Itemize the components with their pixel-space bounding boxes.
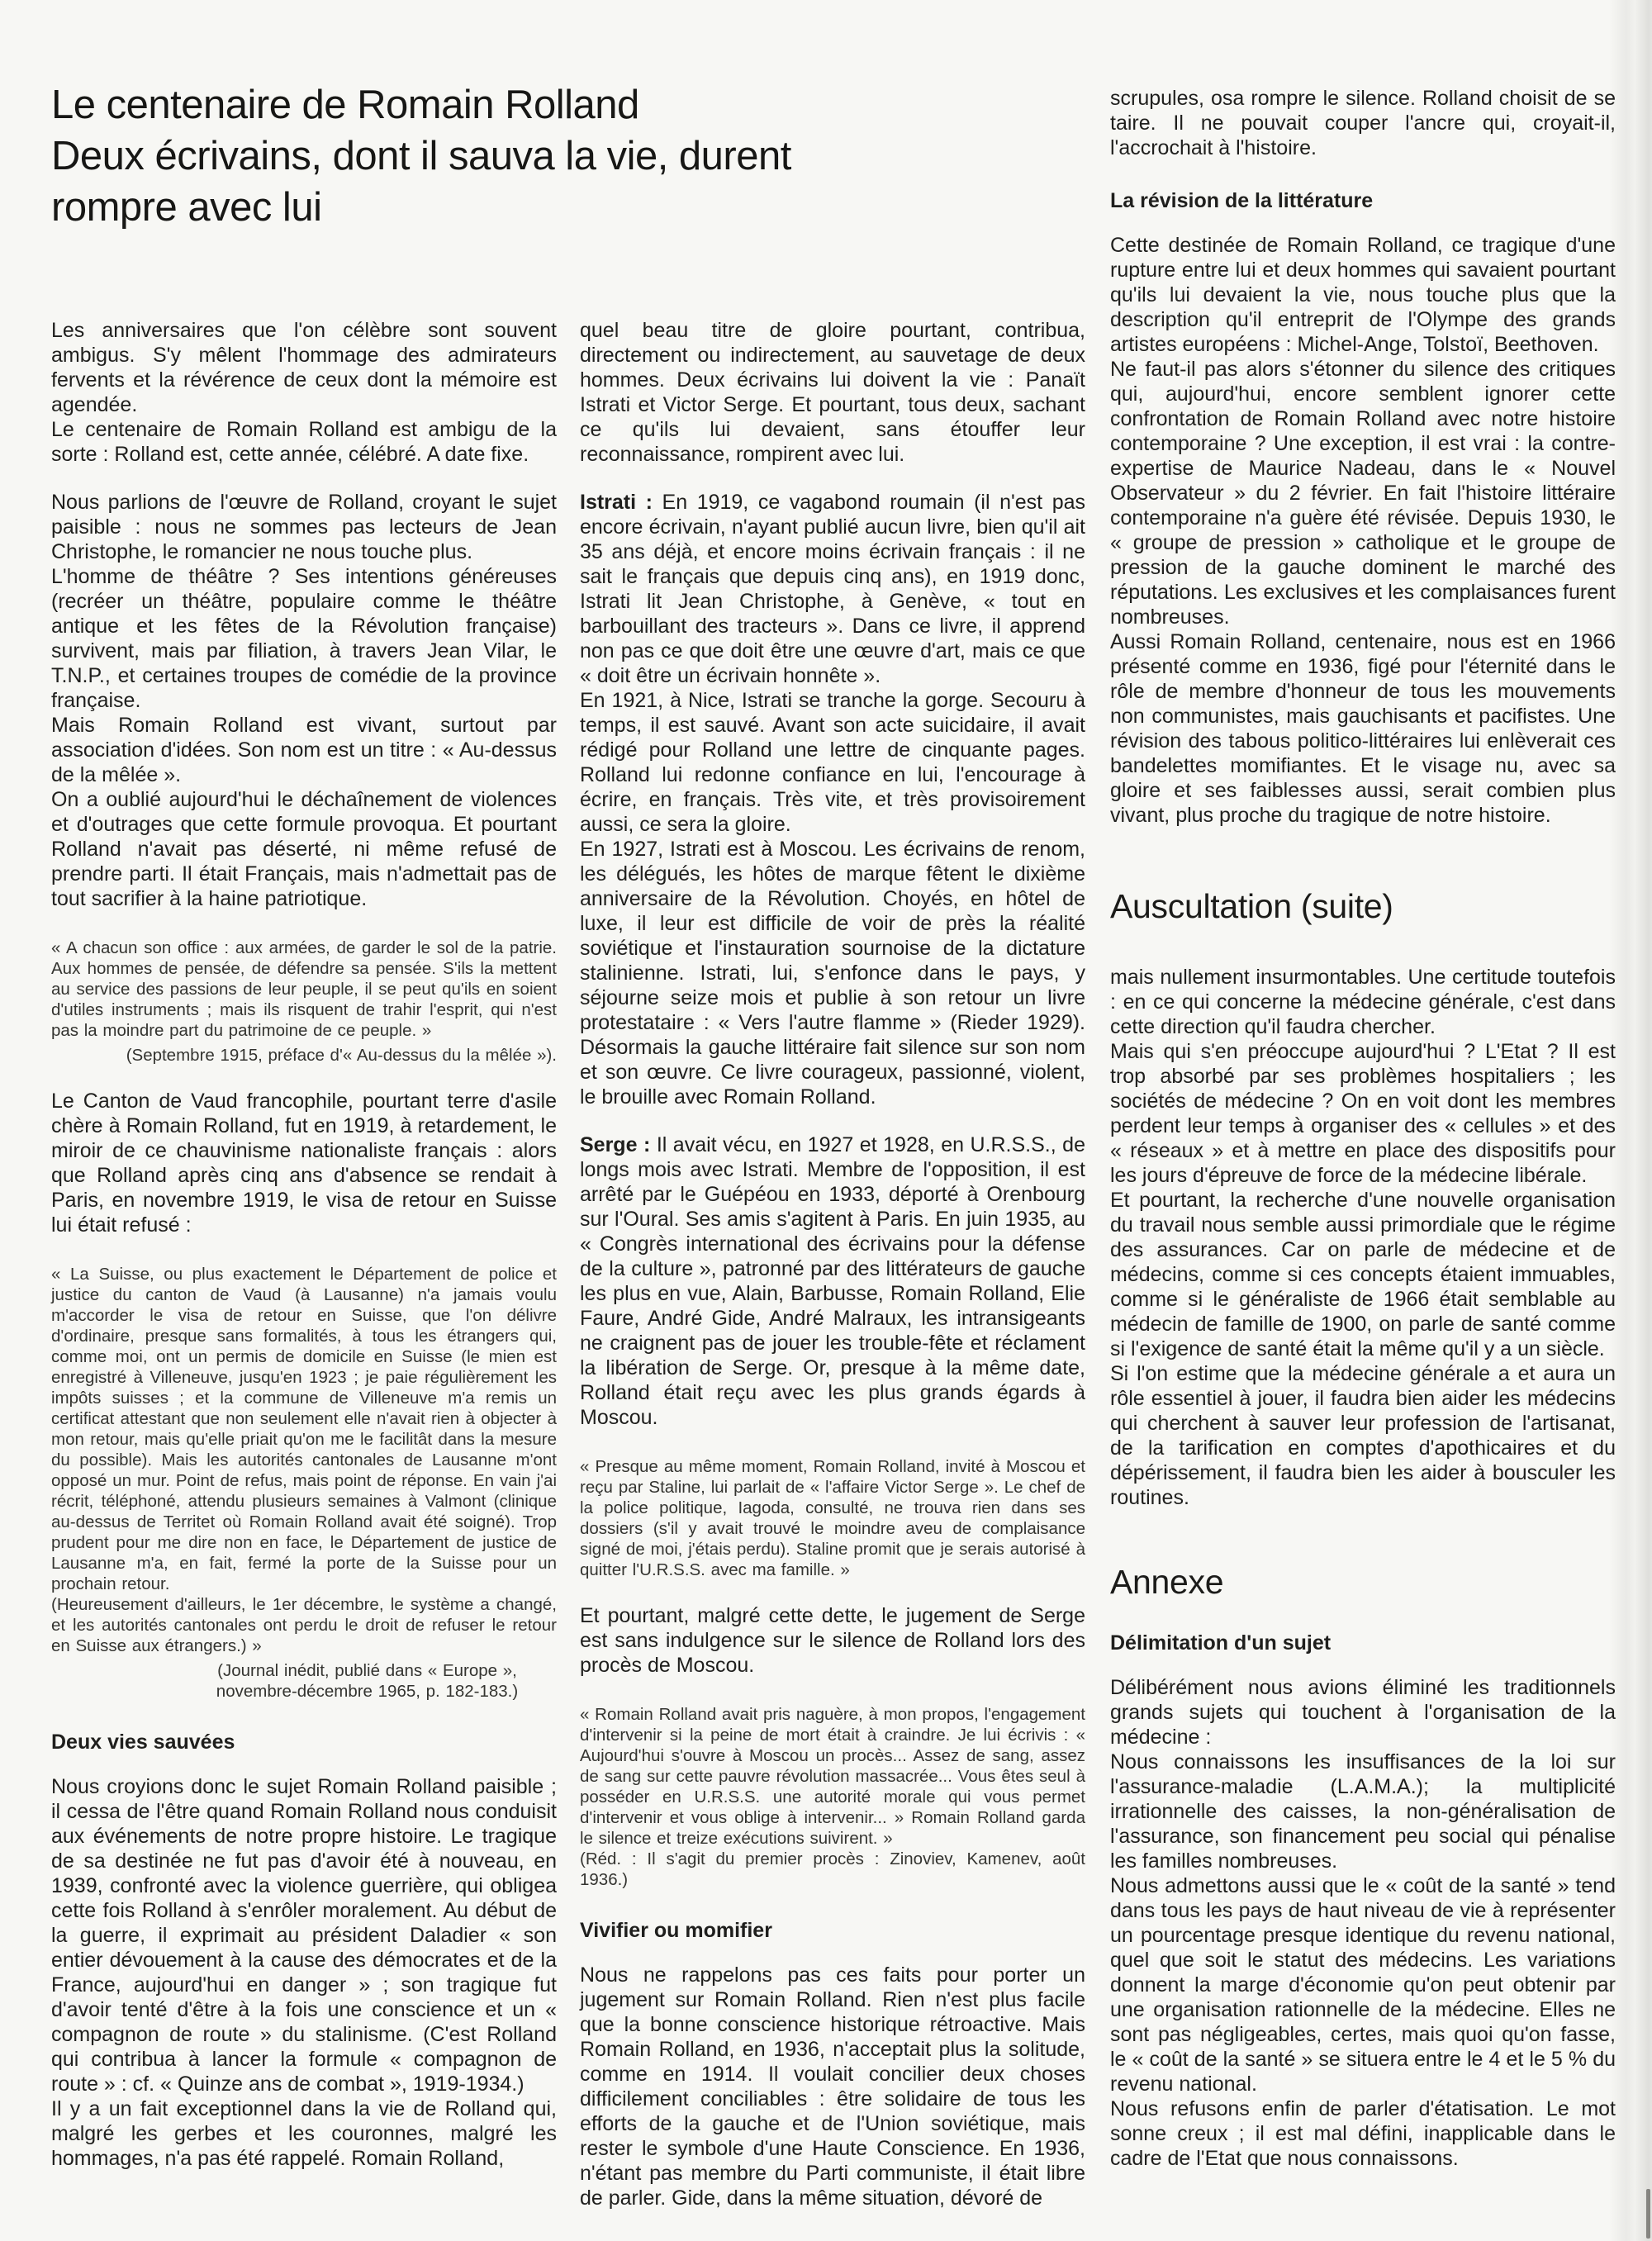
scanned-article-page: Le centenaire de Romain Rolland Deux écr… [0,0,1652,2241]
block-quote: « Romain Rolland avait pris naguère, à m… [580,1704,1085,1849]
paragraph: Nous parlions de l'œuvre de Rolland, cro… [51,490,557,564]
block-quote: (Réd. : Il s'agit du premier procès : Zi… [580,1849,1085,1890]
paragraph: Nous connaissons les insuffisances de la… [1110,1750,1616,1873]
paragraph-lead: Serge : [580,1133,657,1156]
paragraph: Istrati : En 1919, ce vagabond roumain (… [580,490,1085,688]
text-column-left: Les anniversaires que l'on célèbre sont … [51,318,557,2171]
paragraph: Aussi Romain Rolland, centenaire, nous e… [1110,629,1616,828]
paragraph: mais nullement insurmontables. Une certi… [1110,965,1616,1039]
paragraph: Il y a un fait exceptionnel dans la vie … [51,2096,557,2171]
paragraph: quel beau titre de gloire pourtant, cont… [580,318,1085,467]
block-quote: (Heureusement d'ailleurs, le 1er décembr… [51,1594,557,1656]
section-heading: Délimitation d'un sujet [1110,1631,1616,1655]
article-heading: Auscultation (suite) [1110,887,1616,925]
paragraph: Le Canton de Vaud francophile, pourtant … [51,1089,557,1237]
article-heading: Annexe [1110,1563,1616,1601]
quote-attribution: (Journal inédit, publié dans « Europe »,… [51,1660,557,1702]
paragraph: On a oublié aujourd'hui le déchaînement … [51,787,557,911]
paragraph: scrupules, osa rompre le silence. Rollan… [1110,86,1616,160]
paragraph: Serge : Il avait vécu, en 1927 et 1928, … [580,1132,1085,1430]
paragraph: Nous ne rappelons pas ces faits pour por… [580,1963,1085,2210]
paragraph: En 1927, Istrati est à Moscou. Les écriv… [580,837,1085,1109]
paragraph: Ne faut-il pas alors s'étonner du silenc… [1110,357,1616,629]
block-quote: « Presque au même moment, Romain Rolland… [580,1456,1085,1580]
paragraph: Mais qui s'en préoccupe aujourd'hui ? L'… [1110,1039,1616,1188]
paragraph: Mais Romain Rolland est vivant, surtout … [51,713,557,787]
paragraph: Délibérément nous avions éliminé les tra… [1110,1675,1616,1750]
article-title-line: Le centenaire de Romain Rolland [51,79,1142,131]
paragraph: Et pourtant, malgré cette dette, le juge… [580,1603,1085,1678]
paragraph: En 1921, à Nice, Istrati se tranche la g… [580,688,1085,837]
article-title-line: rompre avec lui [51,182,1142,233]
section-heading: La révision de la littérature [1110,188,1616,213]
paragraph: L'homme de théâtre ? Ses intentions géné… [51,564,557,713]
article-title-line: Deux écrivains, dont il sauva la vie, du… [51,131,1142,182]
section-heading: Vivifier ou momifier [580,1918,1085,1943]
text-column-right: scrupules, osa rompre le silence. Rollan… [1110,86,1616,2171]
section-heading: Deux vies sauvées [51,1730,557,1754]
quote-attribution: (Septembre 1915, préface d'« Au-dessus d… [51,1045,557,1066]
paragraph: Cette destinée de Romain Rolland, ce tra… [1110,233,1616,357]
article-title: Le centenaire de Romain Rolland Deux écr… [51,79,1142,233]
scan-edge-mark [1646,2189,1650,2239]
text-column-center: quel beau titre de gloire pourtant, cont… [580,318,1085,2210]
paragraph: Nous refusons enfin de parler d'étatisat… [1110,2096,1616,2171]
paragraph: Si l'on estime que la médecine générale … [1110,1361,1616,1510]
paragraph: Nous croyions donc le sujet Romain Rolla… [51,1774,557,2096]
paragraph-lead: Istrati : [580,491,662,514]
block-quote: « A chacun son office : aux armées, de g… [51,938,557,1041]
paragraph: Le centenaire de Romain Rolland est ambi… [51,417,557,467]
paragraph: Les anniversaires que l'on célèbre sont … [51,318,557,417]
paragraph: Nous admettons aussi que le « coût de la… [1110,1873,1616,2096]
block-quote: « La Suisse, ou plus exactement le Dépar… [51,1264,557,1594]
paragraph: Et pourtant, la recherche d'une nouvelle… [1110,1188,1616,1361]
